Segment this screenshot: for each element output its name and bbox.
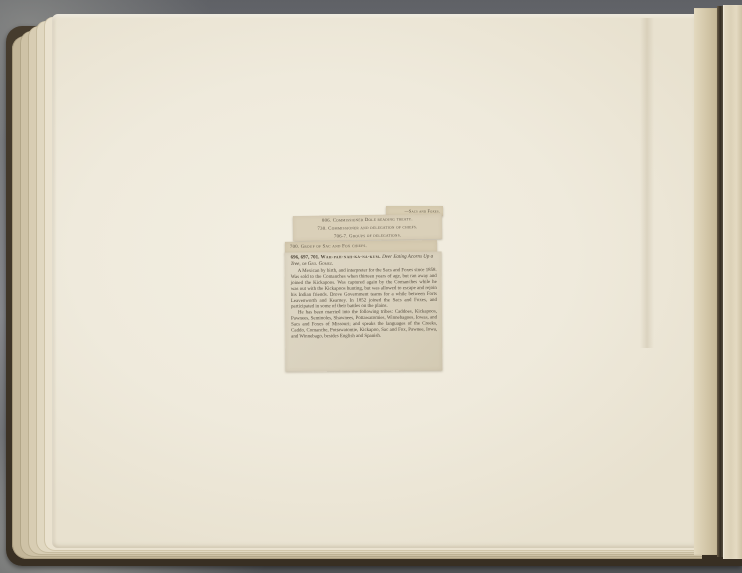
entry-paragraph: A Mexican by birth, and interpreter for … [291,267,437,310]
clipping-entry: 696, 697, 701. Wah-pah-nah-ka-na-kum. De… [285,251,443,371]
group-line: 700. Group of Sac and Fox chiefs. [285,241,437,251]
page-gutter-curve [694,8,718,555]
entry-numbers: 696, 697, 701. [291,254,320,260]
album-photo: —Sacs and Foxes. 806. Commissioner Dole … [0,0,742,573]
next-page-edge [723,5,742,559]
clipping-catalog-strip: 806. Commissioner Dole reading treaty. 7… [293,214,442,241]
page-crease [640,18,654,348]
entry-title-tail: or Geo. Gomez. [302,261,333,267]
entry-name: Wah-pah-nah-ka-na-kum. [321,254,381,260]
entry-paragraph: He has been married into the following t… [291,309,437,340]
entry-heading: 696, 697, 701. Wah-pah-nah-ka-na-kum. De… [291,253,437,267]
